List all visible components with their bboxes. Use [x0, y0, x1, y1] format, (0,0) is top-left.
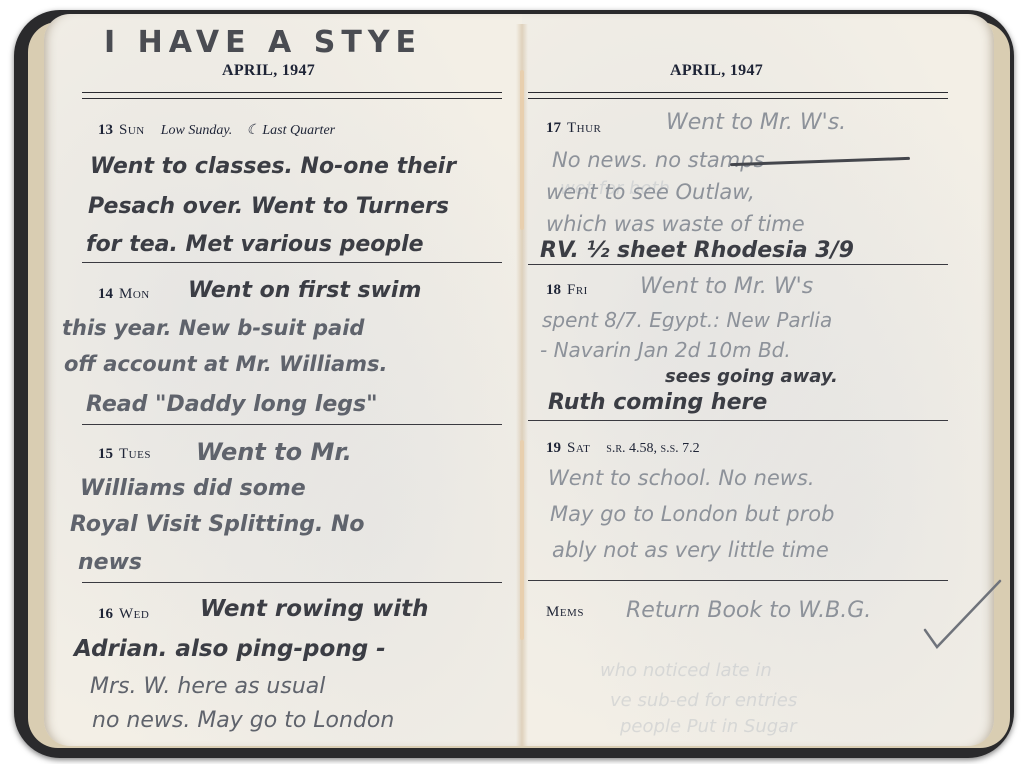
day-name: Fri: [567, 282, 588, 298]
day-divider: [82, 582, 502, 583]
binding-stitch: [520, 70, 524, 230]
entry-line: off account at Mr. Williams.: [64, 354, 388, 375]
entry-line: Went to classes. No-one their: [90, 156, 456, 178]
sunrise-sunset: s.r. 4.58, s.s. 7.2: [606, 441, 699, 456]
entry-line: spent 8/7. Egypt.: New Parlia: [542, 310, 832, 330]
header-rule: [528, 92, 948, 99]
day-divider: [82, 262, 502, 263]
entry-line: RV. ½ sheet Rhodesia 3/9: [540, 240, 854, 262]
show-through-text: who noticed late in: [600, 660, 772, 681]
entry-line: Royal Visit Splitting. No: [70, 514, 365, 536]
mems-label: Mems: [546, 604, 584, 621]
header-rule: [82, 92, 502, 99]
printed-note: Low Sunday.: [161, 123, 233, 138]
day-number: 16: [98, 606, 113, 622]
day-label-14: 14Mon: [98, 286, 150, 303]
day-label-19: 19Sats.r. 4.58, s.s. 7.2: [546, 440, 700, 457]
entry-line: for tea. Met various people: [86, 234, 424, 256]
entry-line: Went to Mr. W's.: [666, 112, 846, 134]
binding-stitch: [520, 440, 524, 640]
day-name: Sun: [119, 122, 145, 138]
entry-line: this year. New b-suit paid: [62, 318, 364, 339]
day-divider: [528, 580, 948, 581]
entry-line: Went to Mr. W's: [640, 276, 813, 298]
day-divider: [528, 420, 948, 421]
moon-note: Last Quarter: [262, 123, 335, 138]
handwritten-title: I HAVE A STYE: [104, 28, 422, 58]
day-label-15: 15Tues: [98, 446, 151, 463]
show-through-text: ve sub-ed for entries: [610, 690, 797, 711]
entry-line: Williams did some: [80, 478, 306, 500]
day-name: Wed: [119, 606, 149, 622]
mems-line: Return Book to W.B.G.: [626, 600, 871, 622]
day-label-16: 16Wed: [98, 606, 149, 623]
day-number: 14: [98, 286, 113, 302]
entry-line: - Navarin Jan 2d 10m Bd.: [540, 340, 791, 360]
entry-line: May go to London but prob: [550, 504, 834, 525]
day-label-13: 13SunLow Sunday.☾ Last Quarter: [98, 122, 335, 139]
entry-line: Adrian. also ping-pong -: [74, 638, 386, 661]
day-divider: [528, 264, 948, 265]
entry-line: Read "Daddy long legs": [86, 394, 378, 416]
entry-line: which was waste of time: [546, 214, 805, 235]
day-number: 18: [546, 282, 561, 298]
day-name: Tues: [119, 446, 151, 462]
day-name: Mon: [119, 286, 150, 302]
moon-phase-icon: ☾: [246, 123, 259, 138]
entry-line: Went rowing with: [200, 598, 429, 621]
left-page-header: APRIL, 1947: [222, 62, 315, 80]
day-number: 15: [98, 446, 113, 462]
entry-line: Went to Mr.: [196, 440, 352, 464]
entry-line: No news. no stamps: [552, 150, 765, 171]
entry-line: Mrs. W. here as usual: [90, 676, 325, 698]
day-number: 17: [546, 120, 561, 136]
day-number: 19: [546, 440, 561, 456]
entry-line: Went on first swim: [188, 280, 421, 302]
entry-line: ably not as very little time: [552, 540, 829, 561]
entry-line: sees going away.: [665, 368, 838, 386]
day-name: Sat: [567, 440, 590, 456]
day-label-17: 17Thur: [546, 120, 601, 137]
show-through-text: people Put in Sugar: [620, 716, 797, 737]
day-label-18: 18Fri: [546, 282, 588, 299]
day-divider: [82, 424, 502, 425]
entry-line: Pesach over. Went to Turners: [88, 196, 449, 218]
checkmark-icon: [915, 575, 1005, 655]
entry-line: news: [78, 552, 142, 574]
entry-line: no news. May go to London: [92, 710, 394, 732]
entry-line: Ruth coming here: [548, 392, 767, 414]
day-name: Thur: [567, 120, 601, 136]
entry-line: Went to school. No news.: [548, 468, 815, 489]
mems-heading: Mems: [546, 604, 584, 620]
entry-line: went to see Outlaw,: [546, 182, 755, 203]
day-number: 13: [98, 122, 113, 138]
right-page-header: APRIL, 1947: [670, 62, 763, 80]
